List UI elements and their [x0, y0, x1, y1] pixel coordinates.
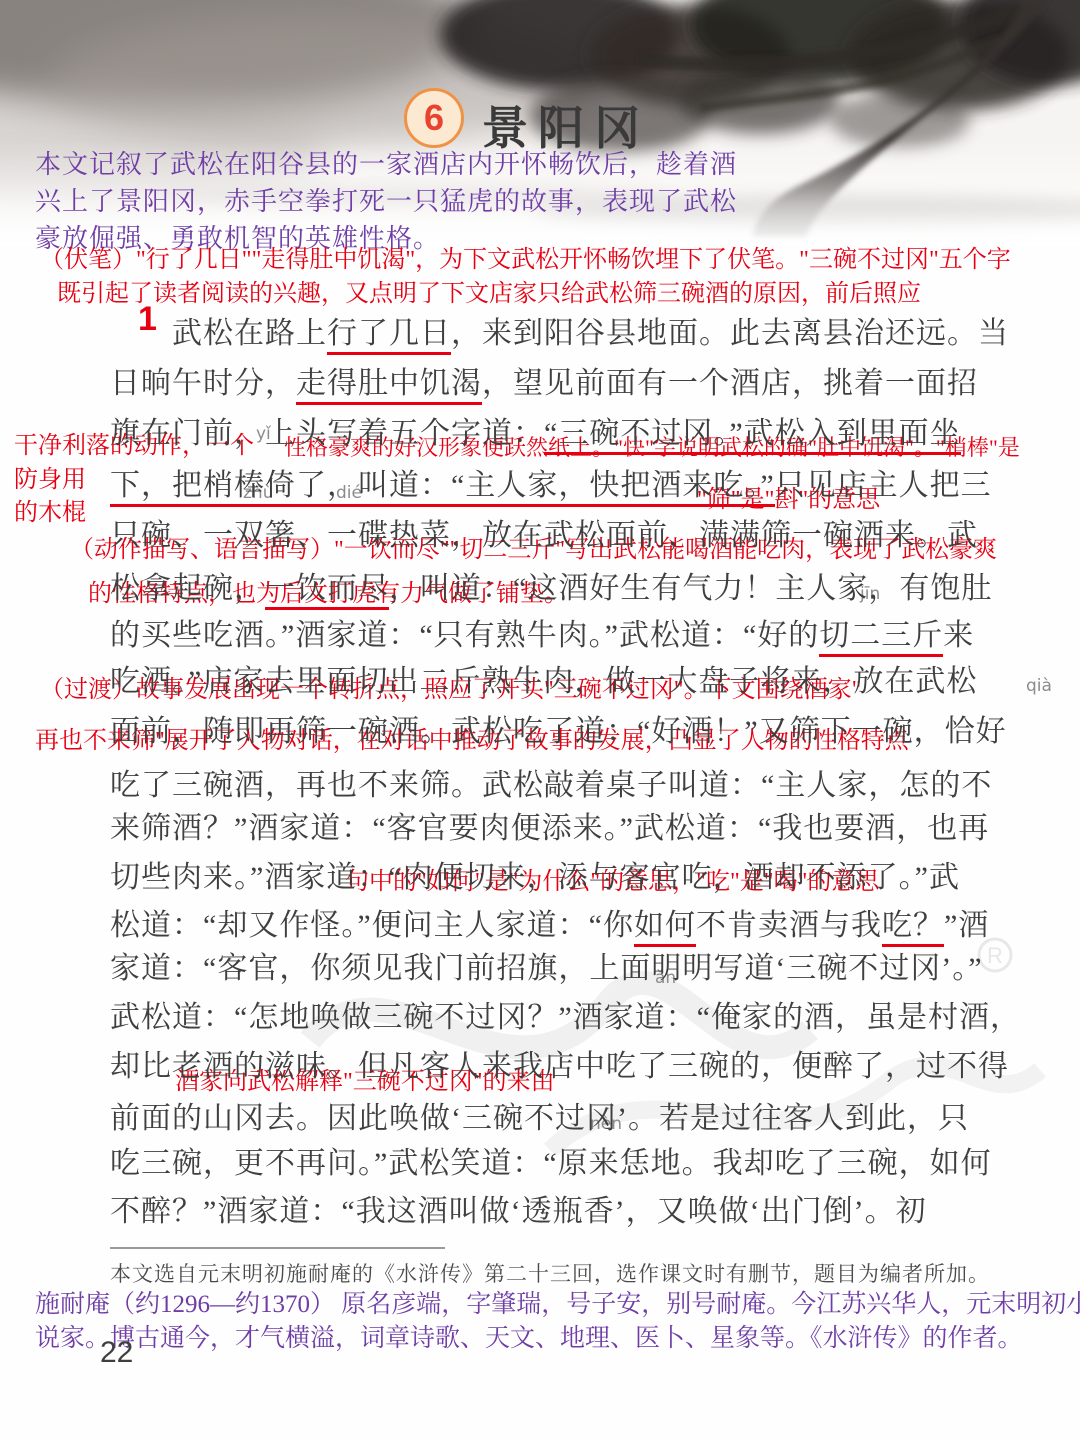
footnote-text: 本文选自元末明初施耐庵的《水浒传》第二十三回，选作课文时有删节，题目为编者所加。: [110, 1258, 990, 1288]
body-text-segment: 不醉？”酒家道：“我这酒叫做‘透瓶香’，又唤做‘出门倒’。初: [110, 1195, 927, 1228]
body-line: 日晌午时分，走得肚中饥渴，望见前面有一个酒店，挑着一面招: [110, 358, 978, 402]
body-line: 吃酒。”店家去里面切出二斤熟牛肉，做一大盘子将来，放在武松: [110, 656, 977, 700]
body-text-segment: 不肯卖酒与我: [696, 909, 882, 942]
body-text-segment: 切些肉来。”酒家道：“肉便切来，添与客官吃，酒却不添了。”武: [110, 861, 960, 894]
lesson-number-badge: 6: [404, 88, 464, 148]
body-line: 前面的山冈去。因此唤做‘三碗不过冈’。若是过往客人到此，只: [110, 1093, 969, 1137]
pinyin-label: qià: [1026, 676, 1052, 696]
body-text-segment: 吃三碗，更不再问。”武松笑道：“原来恁地。我却吃了三碗，如何: [110, 1147, 992, 1180]
body-line: 只碗、一双箸、一碟热菜，放在武松面前，满满筛一碗酒来。武: [110, 510, 978, 554]
page-number: 22: [100, 1336, 133, 1370]
body-text-segment: ，叫道：“这酒好生有气力！主人家，有饱肚: [389, 572, 992, 605]
body-line: 切些肉来。”酒家道：“肉便切来，添与客官吃，酒却不添了。”武: [110, 852, 960, 896]
body-line: 家道：“客官，你须见我门前招旗，上面明明写道‘三碗不过冈’。”: [110, 943, 983, 987]
margin-annotation: 防身用: [14, 466, 86, 494]
intro-line: 兴上了景阳冈，赤手空拳打死一只猛虎的故事，表现了武松: [35, 183, 737, 220]
underlined-phrase: “三碗不过冈。”: [544, 417, 744, 455]
body-text-segment: 旗在门前，上头写着五个字道：: [110, 417, 544, 450]
body-text-segment: ”酒: [944, 909, 989, 942]
body-line: 不醉？”酒家道：“我这酒叫做‘透瓶香’，又唤做‘出门倒’。初: [110, 1186, 927, 1230]
body-line: 来筛酒？”酒家道：“客官要肉便添来。”武松道：“我也要酒，也再: [110, 803, 989, 847]
margin-annotation: 的木棍: [14, 499, 86, 527]
body-text-segment: 松拿起碗，: [110, 572, 265, 605]
body-line: 松道：“却又作怪。”便问主人家道：“你如何不肯卖酒与我吃？”酒: [110, 900, 989, 944]
body-text-segment: 吃酒。”店家去里面切出二斤熟牛肉，做一大盘子将来，放在武松: [110, 665, 977, 698]
textbook-page: R 6 景阳冈 本文记叙了武松在阳谷县的一家酒店内开怀畅饮后，趁着酒兴上了景阳冈…: [0, 0, 1080, 1440]
body-text-segment: ，来到阳谷县地面。此去离县治还远。当: [451, 317, 1009, 350]
underlined-phrase: 走得肚中饥渴: [296, 367, 482, 405]
body-text-segment: 却比老酒的滋味。但凡客人来我店中吃了三碗的，便醉了，过不得: [110, 1050, 1009, 1083]
body-text-segment: 日晌午时分，: [110, 367, 296, 400]
body-text-segment: 武松道：“怎地唤做三碗不过冈？”酒家道：“俺家的酒，虽是村酒，: [110, 1001, 1021, 1034]
body-text-segment: 的买些吃酒。”酒家道：“只有熟牛肉。”武松道：“好的: [110, 619, 819, 652]
underlined-phrase: 下，把梢棒倚了，叫道：“主人家，快把酒来吃。”: [110, 469, 775, 507]
underlined-phrase: 吃？: [882, 909, 944, 947]
underlined-phrase: 行了几日: [327, 317, 451, 355]
underlined-phrase: 一饮而尽: [265, 572, 389, 610]
author-bio-line: 说家。博古通今，才气横溢，词章诗歌、天文、地理、医卜、星象等。《水浒传》的作者。: [35, 1322, 1080, 1356]
intro-text: 本文记叙了武松在阳谷县的一家酒店内开怀畅饮后，趁着酒兴上了景阳冈，赤手空拳打死一…: [35, 146, 737, 257]
body-line: 旗在门前，上头写着五个字道：“三碗不过冈。”武松入到里面坐: [110, 408, 961, 452]
body-text-segment: 来筛酒？”酒家道：“客官要肉便添来。”武松道：“我也要酒，也再: [110, 812, 989, 845]
body-text-segment: 只见店主人把三: [775, 469, 992, 502]
lesson-number: 6: [424, 100, 444, 136]
body-text-segment: 吃了三碗酒，再也不来筛。武松敲着桌子叫道：“主人家，怎的不: [110, 769, 992, 802]
author-bio-line: 施耐庵（约1296—约1370） 原名彦端，字肇瑞，号子安，别号耐庵。今江苏兴华…: [35, 1288, 1080, 1322]
underlined-phrase: 如何: [634, 909, 696, 947]
body-text-segment: 武松在路上: [172, 317, 327, 350]
body-line: 武松在路上行了几日，来到阳谷县地面。此去离县治还远。当: [172, 308, 1009, 352]
body-line: 吃了三碗酒，再也不来筛。武松敲着桌子叫道：“主人家，怎的不: [110, 760, 992, 804]
body-text-segment: 前面的山冈去。因此唤做‘三碗不过冈’。若是过往客人到此，只: [110, 1102, 969, 1135]
body-text-segment: 只碗、一双箸、一碟热菜，放在武松面前，满满筛一碗酒来。武: [110, 519, 978, 552]
body-line: 面前，随即再筛一碗酒。武松吃了道：“好酒！”又筛下一碗，恰好: [110, 706, 1007, 750]
margin-annotation: （伏笔）"行了几日""走得肚中饥渴"，为下文武松开怀畅饮埋下了伏笔。"三碗不过冈…: [40, 246, 1011, 274]
intro-line: 本文记叙了武松在阳谷县的一家酒店内开怀畅饮后，趁着酒: [35, 146, 737, 183]
body-line: 的买些吃酒。”酒家道：“只有熟牛肉。”武松道：“好的切二三斤来: [110, 610, 974, 654]
body-line: 武松道：“怎地唤做三碗不过冈？”酒家道：“俺家的酒，虽是村酒，: [110, 992, 1021, 1036]
underlined-phrase: 切二三斤: [819, 619, 943, 657]
margin-annotation: 既引起了读者阅读的兴趣，又点明了下文店家只给武松筛三碗酒的原因，前后照应: [57, 280, 921, 308]
body-text-segment: ，望见前面有一个酒店，挑着一面招: [482, 367, 978, 400]
paragraph-number: 1: [138, 300, 157, 339]
body-text-segment: 面前，随即再筛一碗酒。武松吃了道：“好酒！”又筛下一碗，恰好: [110, 715, 1007, 748]
body-text-segment: 松道：“却又作怪。”便问主人家道：“你: [110, 909, 634, 942]
body-line: 松拿起碗，一饮而尽，叫道：“这酒好生有气力！主人家，有饱肚: [110, 563, 992, 607]
underlined-phrase: 武松入到里面坐: [744, 417, 961, 455]
body-text-segment: 家道：“客官，你须见我门前招旗，上面明明写道‘三碗不过冈’。”: [110, 952, 983, 985]
footnote-divider: [110, 1247, 445, 1249]
author-bio: 施耐庵（约1296—约1370） 原名彦端，字肇瑞，号子安，别号耐庵。今江苏兴华…: [35, 1288, 1080, 1356]
body-line: 吃三碗，更不再问。”武松笑道：“原来恁地。我却吃了三碗，如何: [110, 1138, 992, 1182]
body-text-segment: 来: [943, 619, 974, 652]
svg-text:R: R: [987, 943, 1003, 968]
body-line: 却比老酒的滋味。但凡客人来我店中吃了三碗的，便醉了，过不得: [110, 1041, 1009, 1085]
body-line: 下，把梢棒倚了，叫道：“主人家，快把酒来吃。”只见店主人把三: [110, 460, 992, 504]
